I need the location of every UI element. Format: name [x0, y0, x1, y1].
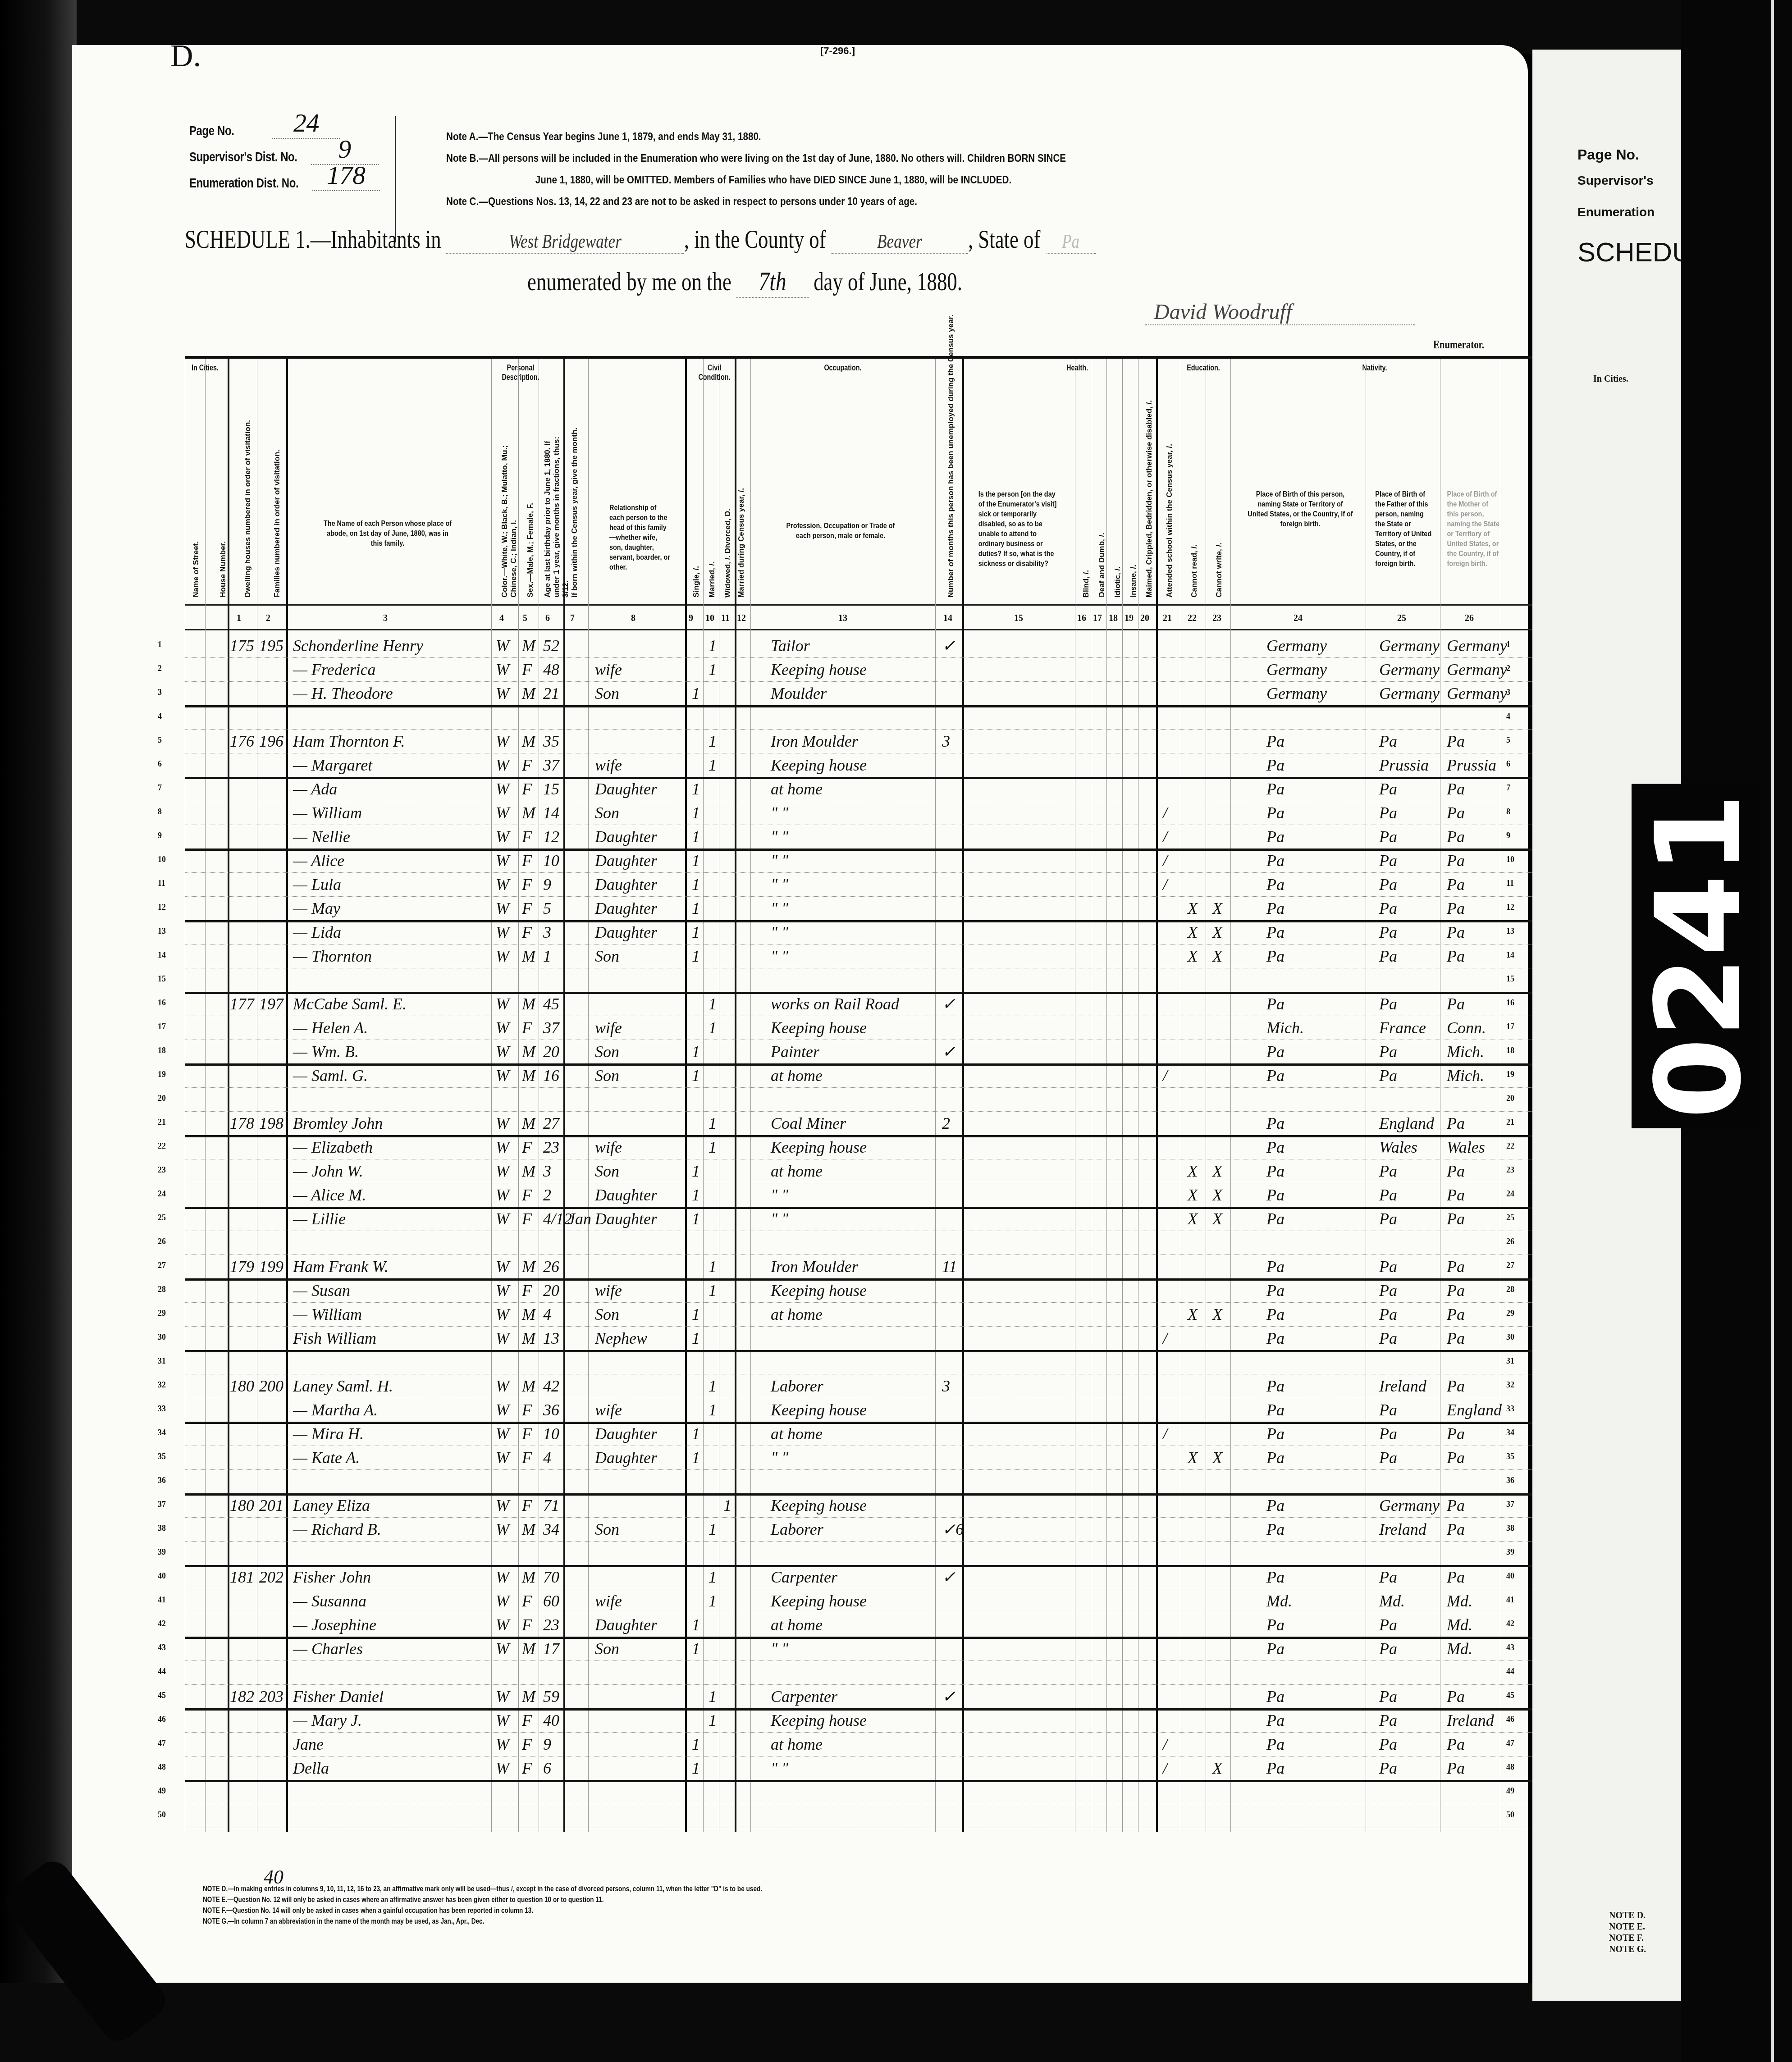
color-value: W	[496, 1711, 509, 1730]
table-row: 3939	[185, 1541, 1532, 1567]
birthplace: Pa	[1266, 1401, 1285, 1419]
occupation-value: " "	[771, 1639, 788, 1658]
dwelling-number: 178	[230, 1114, 254, 1133]
months-unemployed: 2	[942, 1114, 950, 1133]
relationship-value: wife	[595, 1018, 622, 1037]
age-value: 20	[543, 1042, 559, 1061]
relationship-value: Daughter	[595, 923, 657, 942]
adjacent-supervisor: Supervisor's	[1577, 173, 1654, 188]
table-row: 4040181202Fisher JohnWM701Carpenter✓PaPa…	[185, 1565, 1532, 1589]
header-idiotic: Idiotic, /.	[1113, 566, 1122, 598]
father-birthplace: Pa	[1379, 827, 1397, 846]
mother-birthplace: Pa	[1447, 1281, 1465, 1300]
mother-birthplace: Md.	[1447, 1639, 1472, 1658]
header-deaf: Deaf and Dumb, /.	[1097, 533, 1106, 598]
adjacent-note-g: NOTE G.	[1609, 1944, 1646, 1955]
table-row: 2323— John W.WM3Son1at homeXXPaPaPa	[185, 1159, 1532, 1183]
line-number-right: 45	[1506, 1691, 1514, 1700]
father-birthplace: Pa	[1379, 1568, 1397, 1587]
line-number: 6	[158, 759, 162, 769]
relationship-value: Son	[595, 1042, 619, 1061]
table-row: 22— FredericaWF48wife1Keeping houseGerma…	[185, 657, 1532, 682]
line-number: 30	[158, 1332, 166, 1342]
father-birthplace: Pa	[1379, 1329, 1397, 1348]
age-value: 70	[543, 1568, 559, 1587]
married-mark: 1	[709, 1257, 717, 1276]
sex-value: F	[522, 1615, 532, 1634]
adjacent-note-e: NOTE E.	[1609, 1922, 1645, 1932]
enumerated-suffix: day of June, 1880.	[814, 268, 962, 296]
mother-birthplace: Pa	[1447, 995, 1465, 1013]
birthplace: Pa	[1266, 1448, 1285, 1467]
father-birthplace: Pa	[1379, 1186, 1397, 1204]
mother-birthplace: Pa	[1447, 1424, 1465, 1443]
line-number: 18	[158, 1046, 166, 1055]
color-value: W	[496, 732, 509, 751]
film-edge	[1771, 0, 1774, 2062]
occupation-value: at home	[771, 1305, 823, 1324]
note-e: NOTE E.—Question No. 12 will only be ask…	[203, 1894, 762, 1905]
sex-value: F	[522, 1209, 532, 1228]
color-value: W	[496, 923, 509, 942]
occupation-value: Painter	[771, 1042, 819, 1061]
line-number-right: 5	[1506, 735, 1510, 745]
person-name: — Susanna	[293, 1592, 366, 1610]
line-number-right: 49	[1506, 1786, 1514, 1796]
cannot-read-mark: X	[1188, 1186, 1198, 1204]
single-mark: 1	[692, 1759, 700, 1778]
birthplace: Pa	[1266, 1305, 1285, 1324]
cannot-read-mark: X	[1188, 1209, 1198, 1228]
line-number: 49	[158, 1786, 166, 1796]
sex-value: M	[522, 1042, 535, 1061]
dwelling-number: 181	[230, 1568, 254, 1587]
age-value: 3	[543, 923, 551, 942]
line-number-right: 6	[1506, 759, 1510, 769]
line-number-right: 10	[1506, 855, 1514, 864]
table-row: 1414— ThorntonWM1Son1" "XXPaPaPa	[185, 944, 1532, 968]
header-blind: Blind, /.	[1082, 570, 1091, 598]
relationship-value: Son	[595, 1162, 619, 1181]
family-number: 202	[259, 1568, 283, 1587]
age-value: 60	[543, 1592, 559, 1610]
attended-school-mark: /	[1163, 851, 1167, 870]
father-birthplace: Pa	[1379, 1281, 1397, 1300]
person-name: — H. Theodore	[293, 684, 393, 703]
table-row: 1212— MayWF5Daughter1" "XXPaPaPa	[185, 896, 1532, 922]
table-row: 44	[185, 705, 1532, 730]
occupation-value: " "	[771, 923, 788, 942]
column-number: 8	[631, 613, 635, 624]
line-number-right: 48	[1506, 1762, 1514, 1772]
color-value: W	[496, 1615, 509, 1634]
line-number: 12	[158, 903, 166, 912]
married-mark: 1	[709, 1281, 717, 1300]
mother-birthplace: Pa	[1447, 1305, 1465, 1324]
column-number: 2	[266, 613, 270, 624]
person-name: Jane	[293, 1735, 324, 1754]
age-value: 36	[543, 1401, 559, 1419]
schedule-title: SCHEDULE 1.—Inhabitants in West Bridgewa…	[185, 225, 1096, 254]
column-number: 12	[737, 613, 746, 624]
line-number-right: 23	[1506, 1165, 1514, 1175]
occupation-value: Keeping house	[771, 1138, 867, 1157]
line-number-right: 37	[1506, 1500, 1514, 1509]
brace-divider	[392, 116, 396, 242]
age-value: 10	[543, 1424, 559, 1443]
line-number: 44	[158, 1667, 166, 1676]
relationship-value: Son	[595, 1639, 619, 1658]
birthplace: Pa	[1266, 1186, 1285, 1204]
line-number-right: 19	[1506, 1070, 1514, 1079]
father-birthplace: Pa	[1379, 1448, 1397, 1467]
mother-birthplace: Mich.	[1447, 1066, 1484, 1085]
single-mark: 1	[692, 1615, 700, 1634]
occupation-value: Coal Miner	[771, 1114, 846, 1133]
form-code: [7-296.]	[820, 45, 855, 57]
single-mark: 1	[692, 899, 700, 918]
dwelling-number: 182	[230, 1687, 254, 1706]
sex-value: M	[522, 947, 535, 966]
person-name: Bromley John	[293, 1114, 383, 1133]
top-notes: Note A.—The Census Year begins June 1, 1…	[446, 126, 1066, 213]
table-row: 1616177197McCabe Saml. E.WM451works on R…	[185, 992, 1532, 1016]
header-unemployed: Number of months this person has been un…	[946, 315, 955, 598]
person-name: — Frederica	[293, 660, 376, 679]
occupation-value: " "	[771, 1186, 788, 1204]
line-number-right: 8	[1506, 807, 1510, 817]
cannot-write-mark: X	[1212, 1186, 1222, 1204]
line-number-right: 46	[1506, 1715, 1514, 1724]
column-number: 3	[383, 613, 388, 624]
cannot-write-mark: X	[1212, 923, 1222, 942]
sex-value: M	[522, 1257, 535, 1276]
column-number: 5	[523, 613, 527, 624]
color-value: W	[496, 1735, 509, 1754]
mother-birthplace: Md.	[1447, 1592, 1472, 1610]
sex-value: F	[522, 1186, 532, 1204]
column-number: 25	[1397, 613, 1406, 624]
father-birthplace: Pa	[1379, 1162, 1397, 1181]
group-occupation: Occupation.	[767, 363, 919, 373]
person-name: — Ada	[293, 780, 337, 798]
column-number: 20	[1140, 613, 1149, 624]
line-number: 45	[158, 1691, 166, 1700]
line-number: 34	[158, 1428, 166, 1437]
header-mother-birthplace: Place of Birth of the Mother of this per…	[1447, 489, 1501, 569]
dwelling-number: 180	[230, 1377, 254, 1396]
cannot-read-mark: X	[1188, 1305, 1198, 1324]
line-number: 47	[158, 1738, 166, 1748]
header-widowed: Widowed, /. Divorced, D.	[723, 509, 732, 598]
birthplace: Pa	[1266, 1711, 1285, 1730]
table-row: 1010— AliceWF10Daughter1" "/PaPaPa	[185, 849, 1532, 873]
adjacent-page-no: Page No.	[1577, 146, 1639, 163]
column-number: 11	[721, 613, 730, 624]
color-value: W	[496, 803, 509, 822]
color-value: W	[496, 1687, 509, 1706]
line-number-right: 25	[1506, 1213, 1514, 1223]
note-f: NOTE F.—Question No. 14 will only be ask…	[203, 1905, 762, 1916]
person-name: — Kate A.	[293, 1448, 360, 1467]
cannot-read-mark: X	[1188, 947, 1198, 966]
attended-school-mark: /	[1163, 1759, 1167, 1778]
line-number-right: 9	[1506, 831, 1510, 840]
father-birthplace: Pa	[1379, 947, 1397, 966]
table-row: 3434— Mira H.WF10Daughter1at home/PaPaPa	[185, 1422, 1532, 1446]
father-birthplace: Md.	[1379, 1592, 1405, 1610]
birthplace: Mich.	[1266, 1018, 1304, 1037]
column-number: 9	[689, 613, 693, 624]
line-number-right: 12	[1506, 903, 1514, 912]
birthplace: Pa	[1266, 923, 1285, 942]
mother-birthplace: Pa	[1447, 923, 1465, 942]
header-married: Married, /.	[708, 561, 717, 598]
line-number-right: 50	[1506, 1810, 1514, 1820]
sex-value: F	[522, 756, 532, 775]
occupation-value: " "	[771, 803, 788, 822]
relationship-value: Daughter	[595, 899, 657, 918]
single-mark: 1	[692, 803, 700, 822]
color-value: W	[496, 1162, 509, 1181]
occupation-value: Keeping house	[771, 1496, 867, 1515]
relationship-value: Daughter	[595, 1186, 657, 1204]
line-number: 40	[158, 1571, 166, 1581]
person-name: — Susan	[293, 1281, 350, 1300]
line-number: 27	[158, 1261, 166, 1270]
color-value: W	[496, 660, 509, 679]
birthplace: Pa	[1266, 1114, 1285, 1133]
married-mark: 1	[709, 732, 717, 751]
color-value: W	[496, 1639, 509, 1658]
header-single: Single, /.	[692, 566, 701, 598]
table-row: 4747JaneWF91at home/PaPaPa	[185, 1732, 1532, 1756]
months-unemployed: 11	[942, 1257, 957, 1276]
age-value: 2	[543, 1186, 551, 1204]
birthplace: Pa	[1266, 1257, 1285, 1276]
adjacent-enumeration: Enumeration	[1577, 205, 1655, 219]
enumeration-dist-row: Enumeration Dist. No. 178	[189, 165, 380, 191]
schedule-prefix: SCHEDULE 1.—Inhabitants in	[185, 226, 441, 254]
color-value: W	[496, 636, 509, 655]
age-value: 13	[543, 1329, 559, 1348]
table-row: 3232180200Laney Saml. H.WM421Laborer3PaI…	[185, 1374, 1532, 1398]
married-mark: 1	[709, 1401, 717, 1419]
sex-value: M	[522, 995, 535, 1013]
age-value: 10	[543, 851, 559, 870]
relationship-value: Daughter	[595, 1424, 657, 1443]
dwelling-number: 179	[230, 1257, 254, 1276]
column-number: 13	[838, 613, 847, 624]
person-name: — John W.	[293, 1162, 363, 1181]
single-mark: 1	[692, 1209, 700, 1228]
occupation-value: Iron Moulder	[771, 1257, 858, 1276]
page-no-label: Page No.	[189, 123, 234, 139]
family-number: 199	[259, 1257, 283, 1276]
line-number: 3	[158, 688, 162, 697]
line-number: 43	[158, 1643, 166, 1652]
header-sick: Is the person [on the day of the Enumera…	[978, 489, 1059, 569]
line-number: 2	[158, 664, 162, 673]
months-unemployed: ✓6	[942, 1520, 964, 1539]
age-value: 14	[543, 803, 559, 822]
father-birthplace: Pa	[1379, 1066, 1397, 1085]
sex-value: F	[522, 1281, 532, 1300]
table-row: 4242— JosephineWF23Daughter1at homePaPaM…	[185, 1613, 1532, 1639]
person-name: — Martha A.	[293, 1401, 378, 1419]
age-value: 6	[543, 1759, 551, 1778]
age-value: 9	[543, 1735, 551, 1754]
age-value: 27	[543, 1114, 559, 1133]
sex-value: M	[522, 732, 535, 751]
column-number: 26	[1465, 613, 1474, 624]
mother-birthplace: Wales	[1447, 1138, 1485, 1157]
dwelling-number: 177	[230, 995, 254, 1013]
person-name: — Charles	[293, 1639, 363, 1658]
father-birthplace: Germany	[1379, 1496, 1440, 1515]
state-value: Pa	[1046, 230, 1096, 254]
person-name: — Josephine	[293, 1615, 376, 1634]
column-number: 14	[943, 613, 952, 624]
line-number: 36	[158, 1476, 166, 1485]
state-prefix: , State of	[968, 226, 1041, 254]
table-row: 1919— Saml. G.WM16Son1at home/PaPaMich.	[185, 1063, 1532, 1088]
line-number: 48	[158, 1762, 166, 1772]
header-cannot-read: Cannot read, /.	[1190, 544, 1199, 598]
occupation-value: Carpenter	[771, 1687, 837, 1706]
married-mark: 1	[709, 1711, 717, 1730]
color-value: W	[496, 995, 509, 1013]
birthplace: Pa	[1266, 803, 1285, 822]
line-number: 13	[158, 926, 166, 936]
father-birthplace: Ireland	[1379, 1520, 1426, 1539]
district-info: Page No. 24 Supervisor's Dist. No. 9 Enu…	[189, 113, 380, 191]
line-number: 42	[158, 1619, 166, 1629]
occupation-value: at home	[771, 1735, 823, 1754]
line-number-right: 27	[1506, 1261, 1514, 1270]
months-unemployed: ✓	[942, 1687, 955, 1706]
line-number-right: 16	[1506, 998, 1514, 1008]
enumerated-prefix: enumerated by me on the	[527, 268, 731, 296]
sex-value: M	[522, 1687, 535, 1706]
occupation-value: at home	[771, 1162, 823, 1181]
dwelling-number: 175	[230, 636, 254, 655]
color-value: W	[496, 1568, 509, 1587]
married-mark: 1	[709, 1592, 717, 1610]
note-a: Note A.—The Census Year begins June 1, 1…	[446, 126, 1066, 148]
age-value: 3	[543, 1162, 551, 1181]
sex-value: M	[522, 1568, 535, 1587]
color-value: W	[496, 1329, 509, 1348]
column-number: 1	[237, 613, 241, 624]
relationship-value: wife	[595, 660, 622, 679]
line-number-right: 22	[1506, 1141, 1514, 1151]
person-name: — Margaret	[293, 756, 372, 775]
header-relationship: Relationship of each person to the head …	[609, 503, 671, 572]
birthplace: Pa	[1266, 875, 1285, 894]
birthplace: Pa	[1266, 1496, 1285, 1515]
note-c: Note C.—Questions Nos. 13, 14, 22 and 23…	[446, 191, 1066, 213]
line-number: 21	[158, 1118, 166, 1127]
color-value: W	[496, 1401, 509, 1419]
mother-birthplace: Pa	[1447, 1759, 1465, 1778]
table-row: 2626	[185, 1231, 1532, 1255]
relationship-value: Daughter	[595, 780, 657, 798]
person-name: — William	[293, 1305, 362, 1324]
line-number: 31	[158, 1356, 166, 1366]
person-name: Fisher Daniel	[293, 1687, 384, 1706]
age-value: 52	[543, 636, 559, 655]
father-birthplace: Pa	[1379, 1305, 1397, 1324]
birthplace: Pa	[1266, 995, 1285, 1013]
age-value: 20	[543, 1281, 559, 1300]
column-number: 22	[1188, 613, 1197, 624]
birthplace: Pa	[1266, 1281, 1285, 1300]
sex-value: F	[522, 1424, 532, 1443]
sex-value: M	[522, 1639, 535, 1658]
family-number: 200	[259, 1377, 283, 1396]
line-number-right: 14	[1506, 950, 1514, 960]
age-value: 12	[543, 827, 559, 846]
mother-birthplace: Conn.	[1447, 1018, 1486, 1037]
table-row: 1515	[185, 968, 1532, 994]
sex-value: M	[522, 1066, 535, 1085]
mother-birthplace: Pa	[1447, 1329, 1465, 1348]
color-value: W	[496, 1448, 509, 1467]
line-number-right: 17	[1506, 1022, 1514, 1031]
mother-birthplace: Pa	[1447, 1735, 1465, 1754]
attended-school-mark: /	[1163, 1735, 1167, 1754]
line-number-right: 4	[1506, 712, 1510, 721]
mother-birthplace: Pa	[1447, 1687, 1465, 1706]
county-prefix: , in the County of	[684, 226, 826, 254]
table-row: 88— WilliamWM14Son1" "/PaPaPa	[185, 801, 1532, 825]
relationship-value: wife	[595, 1592, 622, 1610]
header-occupation: Profession, Occupation or Trade of each …	[781, 521, 900, 541]
cannot-read-mark: X	[1188, 923, 1198, 942]
occupation-value: Keeping house	[771, 660, 867, 679]
relationship-value: Son	[595, 684, 619, 703]
color-value: W	[496, 1281, 509, 1300]
age-value: 9	[543, 875, 551, 894]
dwelling-number: 176	[230, 732, 254, 751]
line-number: 19	[158, 1070, 166, 1079]
table-row: 3636	[185, 1469, 1532, 1496]
line-number: 39	[158, 1547, 166, 1557]
single-mark: 1	[692, 1639, 700, 1658]
group-nativity: Nativity.	[1274, 363, 1476, 373]
age-value: 16	[543, 1066, 559, 1085]
table-row: 66— MargaretWF37wife1Keeping housePaPrus…	[185, 753, 1532, 779]
father-birthplace: Prussia	[1379, 756, 1429, 775]
header-maimed: Maimed, Crippled, Bedridden, or otherwis…	[1145, 400, 1154, 598]
frame-number-stamp: 0241	[1632, 784, 1767, 1128]
note-g: NOTE G.—In column 7 an abbreviation in t…	[203, 1916, 762, 1927]
occupation-value: Keeping house	[771, 1401, 867, 1419]
line-number: 50	[158, 1810, 166, 1820]
line-number-right: 21	[1506, 1118, 1514, 1127]
line-number-right: 13	[1506, 926, 1514, 936]
line-number: 5	[158, 735, 162, 745]
mother-birthplace: Pa	[1447, 1496, 1465, 1515]
table-row: 2020	[185, 1087, 1532, 1112]
married-mark: 1	[709, 756, 717, 775]
father-birthplace: Wales	[1379, 1138, 1417, 1157]
sex-value: M	[522, 803, 535, 822]
married-mark: 1	[709, 1568, 717, 1587]
line-number: 1	[158, 640, 162, 649]
sex-value: F	[522, 1401, 532, 1419]
